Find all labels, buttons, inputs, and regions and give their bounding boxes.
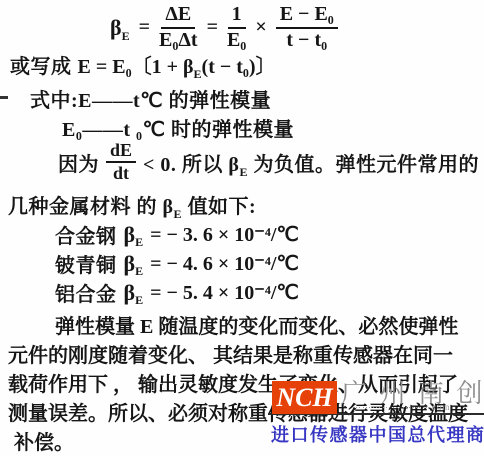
equals-sign: = [207, 16, 218, 39]
beta-symbol: βE [124, 280, 144, 306]
fraction-numerator: dE [106, 141, 136, 163]
metal-name: 铍青铜 [55, 249, 117, 278]
beta-symbol: βE [124, 251, 144, 277]
lead-text: 因为 [58, 148, 99, 177]
fraction-denominator: t − t₀ [286, 29, 327, 52]
times-sign: × [255, 16, 266, 39]
metal-name: 合金钢 [55, 220, 117, 249]
fraction-numerator: 1 [228, 4, 246, 29]
metal-value: = − 4. 6 × 10⁻⁴/℃ [150, 251, 299, 276]
rewrite-formula: E = E₀〔1 + βE(t − t₀)〕 [78, 50, 276, 79]
fraction-denominator: dt [113, 163, 129, 183]
scanned-document-page: βE = ΔE E₀Δt = 1 E₀ × E − E₀ t − t₀ 或写成 … [0, 0, 484, 456]
definition-e-line: 式中:E——t℃ 的弹性模量 [30, 84, 271, 113]
metal-row-alloy-steel: 合金钢 βE = − 3. 6 × 10⁻⁴/℃ [55, 220, 299, 249]
paragraph-line: 元件的刚度随着变化、 其结果是称重传感器在同一 [8, 339, 453, 368]
formula-beta-definition: βE = ΔE E₀Δt = 1 E₀ × E − E₀ t − t₀ [110, 4, 338, 51]
equals-sign: = [139, 16, 150, 39]
because-tail-text: < 0. 所以 βE 为负值。弹性元件常用的 [143, 148, 479, 177]
fraction-numerator: E − E₀ [276, 4, 338, 29]
beta-symbol: βE [110, 15, 130, 41]
because-line: 因为 dE dt < 0. 所以 βE 为负值。弹性元件常用的 [58, 140, 479, 184]
paragraph-line: 补偿。 [14, 426, 74, 455]
watermark-url-hint: ⋯⋯⋯⋯⋯⋯⋯⋯com [352, 402, 451, 413]
metal-row-beryllium-bronze: 铍青铜 βE = − 4. 6 × 10⁻⁴/℃ [55, 249, 299, 278]
metal-value: = − 5. 4 × 10⁻⁴/℃ [150, 280, 299, 305]
metal-row-aluminum-alloy: 铝合金 βE = − 5. 4 × 10⁻⁴/℃ [55, 278, 299, 307]
definition-e0-text: E₀——t ₀℃ 时的弹性模量 [62, 113, 294, 142]
fraction-denominator: E₀ [227, 29, 246, 52]
fraction-e-minus-e0: E − E₀ t − t₀ [276, 4, 338, 51]
nch-logo: NCH [272, 381, 337, 414]
metal-value: = − 3. 6 × 10⁻⁴/℃ [150, 222, 299, 247]
lead-text: 或写成 [10, 50, 72, 79]
fraction-numerator: ΔE [161, 4, 195, 29]
fraction-one-over-e0: 1 E₀ [227, 4, 246, 51]
scan-artifact-mark [0, 96, 8, 99]
formula-rewritten-line: 或写成 E = E₀〔1 + βE(t − t₀)〕 [10, 50, 276, 79]
beta-symbol: βE [124, 222, 144, 248]
definition-e-text: 式中:E——t℃ 的弹性模量 [30, 84, 271, 113]
metals-intro-line: 几种金属材料 的 βE 值如下: [8, 190, 256, 219]
paragraph-line: 弹性模量 E 随温度的变化而变化、必然使弹性 [55, 310, 458, 339]
definition-e0-line: E₀——t ₀℃ 时的弹性模量 [62, 113, 294, 142]
watermark-slogan: 进口传感器中国总代理商 [271, 421, 484, 447]
fraction-denominator: E₀Δt [159, 29, 198, 52]
metal-name: 铝合金 [55, 278, 117, 307]
fraction-de-dt: dE dt [106, 141, 136, 184]
metals-intro-text: 几种金属材料 的 βE 值如下: [8, 190, 256, 219]
fraction-delta-e: ΔE E₀Δt [159, 4, 198, 51]
